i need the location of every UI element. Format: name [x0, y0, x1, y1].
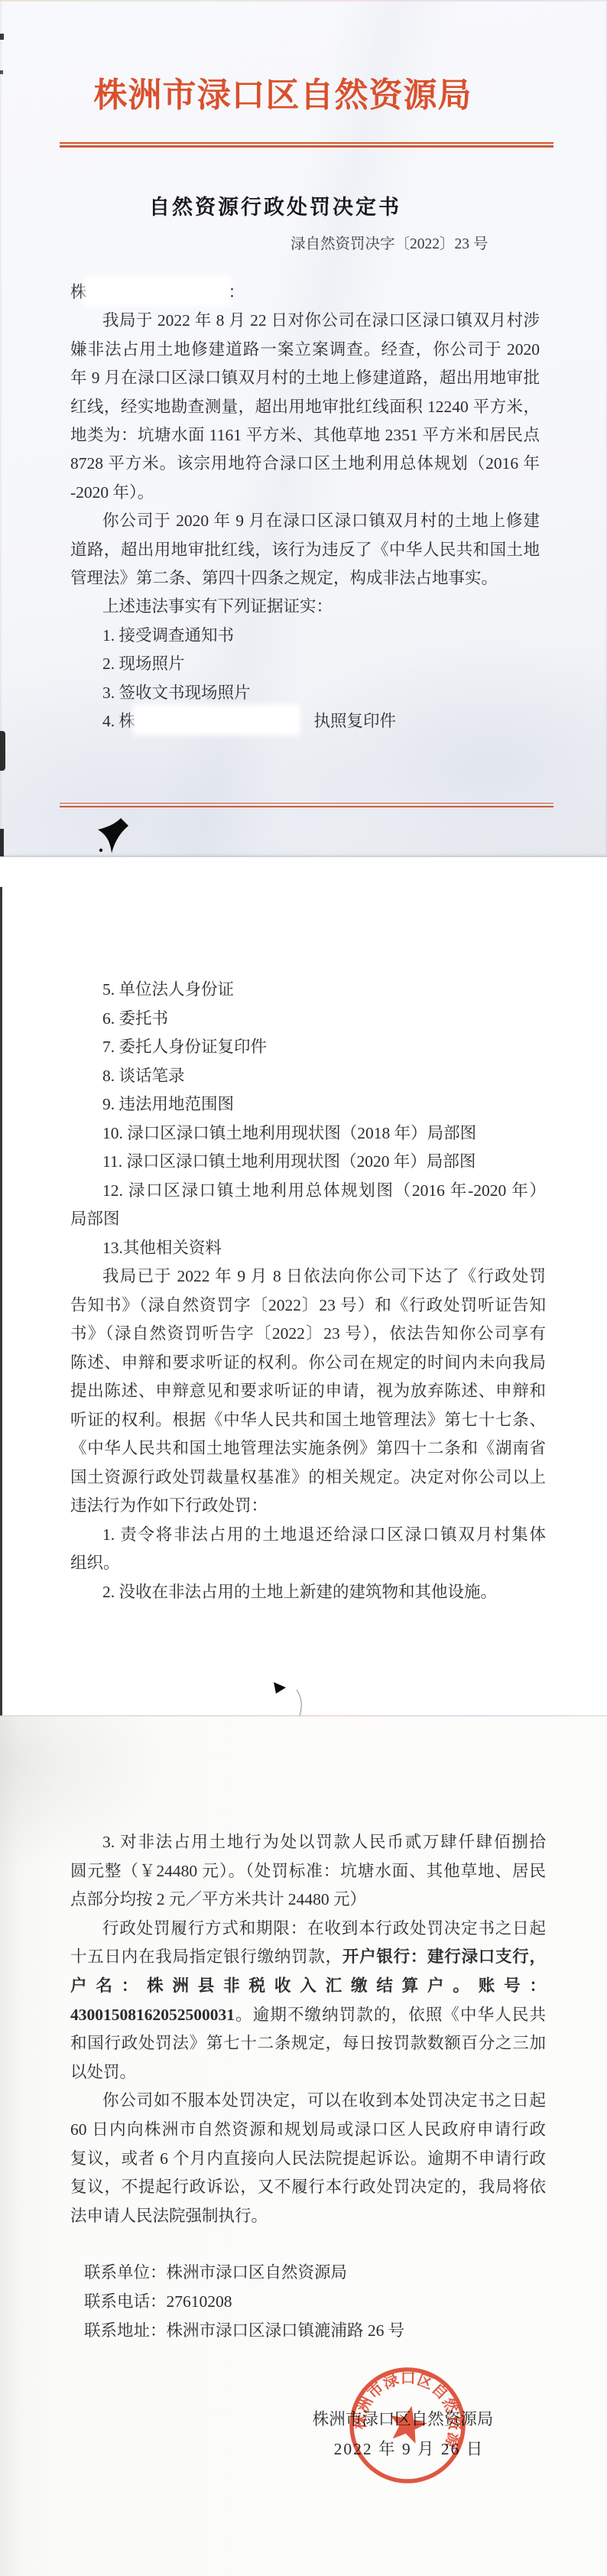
ink-smudge: [90, 817, 133, 856]
text-segment: 法申请人民法院强制执行。: [70, 2207, 268, 2225]
text-segment: 行政处罚履行方式和期限：在收到本行政处罚决定书之日起: [102, 1919, 546, 1938]
text-line: 2. 现场照片: [70, 650, 540, 678]
text-line: 6. 委托书: [70, 1005, 546, 1034]
text-segment: 管理法》第二条、第四十四条之规定，构成非法占地事实。: [70, 569, 498, 587]
scan-edge-artifact: [0, 0, 607, 2]
text-line: 1. 责令将非法占用的土地退还给渌口区渌口镇双月村集体: [70, 1521, 546, 1550]
scan-edge-artifact: [0, 34, 4, 40]
text-segment: 我局于 2022 年 8 月 22 日对你公司在渌口区渌口镇双月村涉: [102, 311, 540, 330]
text-segment: 9. 违法用地范围图: [102, 1095, 234, 1113]
text-line: 8. 谈话笔录: [70, 1062, 546, 1091]
text-segment: 株: [70, 283, 87, 301]
text-segment: 开户银行：建行渌口支行，: [342, 1947, 546, 1966]
text-line: 提出陈述、申辩意见和要求听证的申请，视为放弃陈述、申辩和: [70, 1377, 546, 1406]
contact-block: 联系单位：株洲市渌口区自然资源局联系电话：27610208联系地址：株洲市渌口区…: [84, 2258, 543, 2345]
letterhead-org-name: 株洲市渌口区自然资源局: [54, 67, 512, 116]
text-line: -2020 年）。: [70, 479, 540, 507]
text-line: 7. 委托人身份证复印件: [70, 1033, 546, 1062]
text-segment: 13.其他相关资料: [102, 1239, 222, 1257]
text-segment: 2. 现场照片: [102, 655, 185, 673]
text-segment: 陈述、申辩和要求听证的权利。你公司在规定的时间内未向我局: [70, 1353, 546, 1372]
text-segment: 12. 渌口区渌口镇土地利用总体规划图（2016 年-2020 年）: [102, 1181, 546, 1200]
seal-star-icon: [385, 2402, 430, 2444]
text-segment: 。逾期不缴纳罚款的，依照《中华人民共: [235, 2006, 546, 2024]
text-line: 我局于 2022 年 8 月 22 日对你公司在渌口区渌口镇双月村涉: [70, 307, 540, 335]
text-segment: 执照复印件: [297, 712, 396, 730]
text-line: 和国行政处罚法》第七十二条规定，每日按罚款数额百分之三加: [70, 2029, 546, 2058]
page-footer-divider: [60, 803, 553, 807]
text-line: 1. 接受调查通知书: [70, 622, 540, 650]
scan-edge-artifact: [0, 1715, 607, 1717]
text-segment: 4. 株: [102, 712, 135, 730]
scan-edge-artifact: [0, 70, 3, 74]
text-segment: 6. 委托书: [102, 1009, 168, 1028]
text-line: 户名：株洲县非税收入汇缴结算户。账号：: [70, 1972, 546, 2001]
text-line: 法申请人民法院强制执行。: [70, 2202, 546, 2231]
text-line: 你公司于 2020 年 9 月在渌口区渌口镇双月村的土地上修建: [70, 507, 540, 535]
scan-edge-artifact: [0, 887, 2, 1716]
text-segment: 国土资源行政处罚裁量权基准》的相关规定。决定对你公司以上: [70, 1468, 546, 1486]
page-3-body: 3. 对非法占用土地行为处以罚款人民币贰万肆仟肆佰捌拾圆元整（￥24480 元）…: [70, 1828, 546, 2230]
text-line: 43001508162052500031。逾期不缴纳罚款的，依照《中华人民共: [70, 2001, 546, 2030]
text-line: 点部分均按 2 元／平方米共计 24480 元）: [70, 1886, 546, 1915]
text-segment: 嫌非法占用土地修建道路一案立案调查。经查，你公司于 2020: [70, 340, 540, 359]
text-line: 组织。: [70, 1549, 546, 1578]
text-segment: 违法行为作如下行政处罚：: [70, 1496, 268, 1515]
text-line: 管理法》第二条、第四十四条之规定，构成非法占地事实。: [70, 564, 540, 593]
text-line: 圆元整（￥24480 元）。（处罚标准：坑塘水面、其他草地、居民: [70, 1857, 546, 1886]
document-title: 自然资源行政处罚决定书: [46, 190, 505, 220]
page-2-body: 5. 单位法人身份证6. 委托书7. 委托人身份证复印件8. 谈话笔录9. 违法…: [70, 976, 546, 1606]
text-line: 上述违法事实有下列证据证实：: [70, 593, 540, 621]
text-segment: 43001508162052500031: [70, 2006, 235, 2024]
redaction-box: [87, 278, 229, 304]
official-red-seal: 株洲市渌口区自然资源局: [335, 2353, 480, 2498]
text-segment: 复议，不提起行政诉讼，又不履行本行政处罚决定的，我局将依: [70, 2178, 546, 2196]
text-segment: 8. 谈话笔录: [102, 1067, 185, 1085]
scan-edge-artifact: [0, 731, 5, 771]
text-segment: 《中华人民共和国土地管理法实施条例》第四十二条和《湖南省: [70, 1439, 546, 1457]
text-segment: 户名：株洲县非税收入汇缴结算户。账号：: [70, 1977, 546, 1995]
text-line: 听证的权利。根据《中华人民共和国土地管理法》第七十七条、: [70, 1406, 546, 1435]
text-line: 10. 渌口区渌口镇土地利用现状图（2018 年）局部图: [70, 1119, 546, 1148]
text-line: 以处罚。: [70, 2058, 546, 2087]
text-segment: 上述违法事实有下列证据证实：: [102, 597, 333, 616]
text-line: 行政处罚履行方式和期限：在收到本行政处罚决定书之日起: [70, 1915, 546, 1944]
ink-mark: [269, 1679, 315, 1717]
text-line: 12. 渌口区渌口镇土地利用总体规划图（2016 年-2020 年）: [70, 1177, 546, 1206]
document-number: 渌自然资罚决字〔2022〕23 号: [291, 232, 520, 253]
text-segment: 道路，超出用地审批红线，该行为违反了《中华人民共和国土地: [70, 541, 540, 559]
text-segment: 2. 没收在非法占用的土地上新建的建筑物和其他设施。: [102, 1583, 497, 1601]
text-line: 国土资源行政处罚裁量权基准》的相关规定。决定对你公司以上: [70, 1463, 546, 1493]
letterhead-divider: [60, 142, 553, 148]
text-segment: 11. 渌口区渌口镇土地利用现状图（2020 年）局部图: [102, 1152, 476, 1171]
text-segment: 十五日内在我局指定银行缴纳罚款，: [70, 1947, 342, 1966]
text-segment: ：: [229, 283, 245, 301]
text-segment: 3. 对非法占用土地行为处以罚款人民币贰万肆仟肆佰捌拾: [102, 1833, 546, 1851]
page-1-scan: 株洲市渌口区自然资源局 自然资源行政处罚决定书 渌自然资罚决字〔2022〕23 …: [0, 0, 607, 857]
text-segment: -2020 年）。: [70, 483, 154, 502]
text-segment: 告知书》（渌自然资罚字〔2022〕23 号）和《行政处罚听证告知: [70, 1296, 546, 1314]
text-line: 60 日内向株洲市自然资源和规划局或渌口区人民政府申请行政: [70, 2116, 546, 2145]
scan-edge-artifact: [0, 829, 4, 856]
text-segment: 你公司于 2020 年 9 月在渌口区渌口镇双月村的土地上修建: [102, 512, 540, 530]
text-line: 年 9 月在渌口区渌口镇双月村的土地上修建道路，超出用地审批: [70, 364, 540, 392]
text-line: 道路，超出用地审批红线，该行为违反了《中华人民共和国土地: [70, 536, 540, 564]
text-segment: 60 日内向株洲市自然资源和规划局或渌口区人民政府申请行政: [70, 2120, 546, 2139]
text-segment: 局部图: [70, 1210, 120, 1228]
text-line: 局部图: [70, 1205, 546, 1234]
text-line: 9. 违法用地范围图: [70, 1090, 546, 1119]
text-segment: 8728 平方米。该宗用地符合渌口区土地利用总体规划（2016 年: [70, 454, 540, 473]
page-1-body: 株：我局于 2022 年 8 月 22 日对你公司在渌口区渌口镇双月村涉嫌非法占…: [70, 278, 540, 736]
text-line: 我局已于 2022 年 9 月 8 日依法向你公司下达了《行政处罚: [70, 1262, 546, 1291]
text-line: 8728 平方米。该宗用地符合渌口区土地利用总体规划（2016 年: [70, 450, 540, 478]
text-segment: 圆元整（￥24480 元）。（处罚标准：坑塘水面、其他草地、居民: [70, 1862, 546, 1880]
text-line: 红线，经实地勘查测量，超出用地审批红线面积 12240 平方米，: [70, 393, 540, 421]
text-line: 3. 签收文书现场照片: [70, 679, 540, 707]
text-line: 《中华人民共和国土地管理法实施条例》第四十二条和《湖南省: [70, 1434, 546, 1463]
text-segment: 提出陈述、申辩意见和要求听证的申请，视为放弃陈述、申辩和: [70, 1382, 546, 1400]
text-line: 违法行为作如下行政处罚：: [70, 1492, 546, 1521]
text-segment: 组织。: [70, 1554, 120, 1572]
text-line: 十五日内在我局指定银行缴纳罚款，开户银行：建行渌口支行，: [70, 1943, 546, 1972]
text-segment: 5. 单位法人身份证: [102, 980, 234, 999]
text-line: 2. 没收在非法占用的土地上新建的建筑物和其他设施。: [70, 1578, 546, 1607]
text-line: 株：: [70, 278, 540, 307]
text-line: 告知书》（渌自然资罚字〔2022〕23 号）和《行政处罚听证告知: [70, 1291, 546, 1320]
text-line: 3. 对非法占用土地行为处以罚款人民币贰万肆仟肆佰捌拾: [70, 1828, 546, 1857]
document-scan: 株洲市渌口区自然资源局 自然资源行政处罚决定书 渌自然资罚决字〔2022〕23 …: [0, 0, 607, 2576]
text-segment: 联系电话：27610208: [84, 2292, 232, 2311]
text-segment: 我局已于 2022 年 9 月 8 日依法向你公司下达了《行政处罚: [102, 1267, 546, 1285]
text-line: 你公司如不服本处罚决定，可以在收到本处罚决定书之日起: [70, 2087, 546, 2116]
text-line: 联系地址：株洲市渌口区渌口镇漉浦路 26 号: [84, 2316, 543, 2345]
text-line: 复议，或者 6 个月内直接向人民法院提起诉讼。逾期不申请行政: [70, 2145, 546, 2174]
text-segment: 点部分均按 2 元／平方米共计 24480 元）: [70, 1890, 366, 1908]
text-line: 复议，不提起行政诉讼，又不履行本行政处罚决定的，我局将依: [70, 2173, 546, 2202]
text-segment: 地类为：坑塘水面 1161 平方米、其他草地 2351 平方米和居民点: [70, 426, 540, 444]
text-line: 嫌非法占用土地修建道路一案立案调查。经查，你公司于 2020: [70, 336, 540, 364]
text-segment: 3. 签收文书现场照片: [102, 684, 251, 702]
text-segment: 10. 渌口区渌口镇土地利用现状图（2018 年）局部图: [102, 1124, 476, 1142]
text-segment: 年 9 月在渌口区渌口镇双月村的土地上修建道路，超出用地审批: [70, 369, 540, 387]
text-segment: 复议，或者 6 个月内直接向人民法院提起诉讼。逾期不申请行政: [70, 2149, 546, 2168]
text-line: 5. 单位法人身份证: [70, 976, 546, 1005]
text-line: 4. 株 执照复印件: [70, 707, 540, 736]
text-line: 陈述、申辩和要求听证的权利。你公司在规定的时间内未向我局: [70, 1349, 546, 1378]
text-segment: 联系单位：株洲市渌口区自然资源局: [84, 2263, 347, 2282]
text-segment: 听证的权利。根据《中华人民共和国土地管理法》第七十七条、: [70, 1411, 546, 1429]
text-line: 书》（渌自然资罚听告字〔2022〕23 号），依法告知你公司享有: [70, 1320, 546, 1349]
text-segment: 书》（渌自然资罚听告字〔2022〕23 号），依法告知你公司享有: [70, 1324, 546, 1343]
text-line: 联系电话：27610208: [84, 2287, 543, 2316]
text-line: 11. 渌口区渌口镇土地利用现状图（2020 年）局部图: [70, 1148, 546, 1177]
text-segment: 7. 委托人身份证复印件: [102, 1038, 267, 1056]
redaction-box: [135, 707, 297, 733]
text-segment: 和国行政处罚法》第七十二条规定，每日按罚款数额百分之三加: [70, 2034, 546, 2052]
text-line: 地类为：坑塘水面 1161 平方米、其他草地 2351 平方米和居民点: [70, 421, 540, 450]
text-line: 13.其他相关资料: [70, 1234, 546, 1263]
text-segment: 以处罚。: [70, 2063, 136, 2081]
text-segment: 你公司如不服本处罚决定，可以在收到本处罚决定书之日起: [102, 2091, 546, 2110]
text-line: 联系单位：株洲市渌口区自然资源局: [84, 2258, 543, 2287]
text-segment: 联系地址：株洲市渌口区渌口镇漉浦路 26 号: [84, 2321, 404, 2340]
text-segment: 1. 责令将非法占用的土地退还给渌口区渌口镇双月村集体: [102, 1525, 546, 1544]
text-segment: 1. 接受调查通知书: [102, 626, 234, 645]
text-segment: 红线，经实地勘查测量，超出用地审批红线面积 12240 平方米，: [70, 398, 540, 416]
